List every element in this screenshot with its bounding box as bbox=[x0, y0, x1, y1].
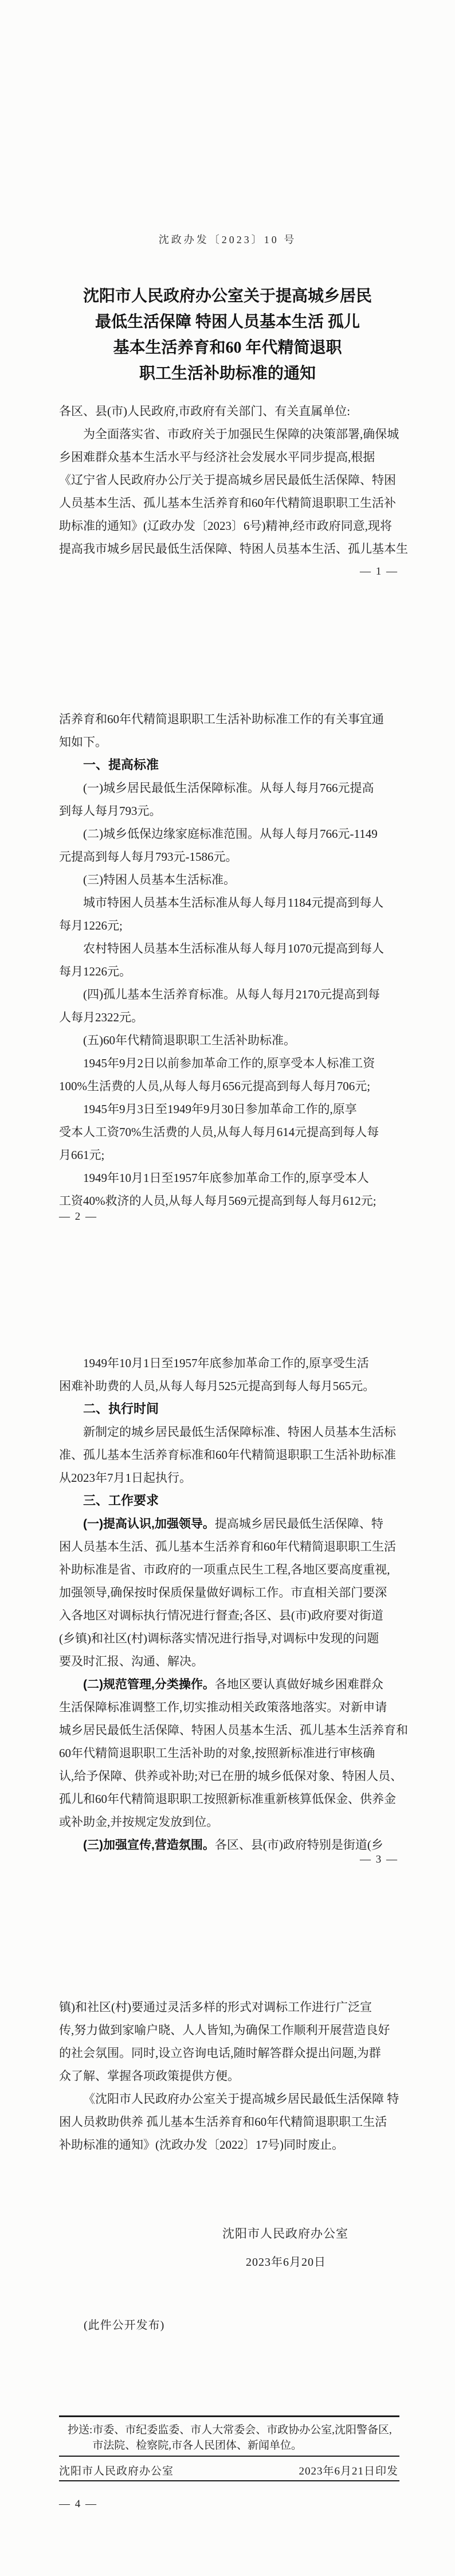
text-line: 孤儿和60年代精简退职职工按照新标准重新核算低保金、供养金 bbox=[59, 1787, 403, 1810]
text-line: 元提高到每人每月793元-1586元。 bbox=[59, 845, 403, 868]
text-line: 从2023年7月1日起执行。 bbox=[59, 1466, 403, 1489]
text-line: 传,努力做到家喻户晓、人人皆知,为确保工作顺利开展营造良好 bbox=[59, 2019, 403, 2042]
text-line: 镇)和社区(村)要通过灵活多样的形式对调标工作进行广泛宣 bbox=[59, 1996, 403, 2019]
page-4-body: 镇)和社区(村)要通过灵活多样的形式对调标工作进行广泛宣传,努力做到家喻户晓、人… bbox=[59, 1996, 403, 2156]
text-line: 补助标准的通知》(沈政办发〔2022〕17号)同时废止。 bbox=[59, 2133, 403, 2156]
text-line: 到每人每月793元。 bbox=[59, 799, 403, 822]
text-line: 《辽宁省人民政府办公厅关于提高城乡居民最低生活保障、特困 bbox=[59, 469, 403, 491]
printer-row: 沈阳市人民政府办公室 2023年6月21日印发 bbox=[59, 2461, 398, 2479]
text-line: (一)城乡居民最低生活保障标准。从每人每月766元提高 bbox=[59, 776, 403, 799]
cc-lines: 市委、市纪委监委、市人大常委会、市政协办公室,沈阳警备区,市法院、检察院,市各人… bbox=[92, 2422, 392, 2453]
doc-title: 沈阳市人民政府办公室关于提高城乡居民最低生活保障 特困人员基本生活 孤儿基本生活… bbox=[0, 283, 455, 387]
text-line: (乡镇)和社区(村)调标落实情况进行指导,对调标中发现的问题 bbox=[59, 1627, 403, 1650]
text-line: 乡困难群众基本生活水平与经济社会发展水平同步提高,根据 bbox=[59, 446, 403, 469]
text-line: 为全面落实省、市政府关于加强民生保障的决策部署,确保城 bbox=[59, 423, 403, 446]
text-line: 100%生活费的人员,从每人每月656元提高到每人每月706元; bbox=[59, 1075, 403, 1098]
text-line: 知如下。 bbox=[59, 731, 403, 754]
text-line: 城乡居民最低生活保障、特困人员基本生活、孤儿基本生活养育和 bbox=[59, 1719, 403, 1742]
text-line: 困人员救助供养 孤儿基本生活养育和60年代精简退职职工生活 bbox=[59, 2110, 403, 2133]
page-1-number: — 1 — bbox=[59, 560, 398, 583]
text-line: 1945年9月2日以前参加革命工作的,原享受本人标准工资 bbox=[59, 1052, 403, 1075]
print-date: 2023年6月21日印发 bbox=[299, 2462, 398, 2478]
text-line: 助标准的通知》(辽政办发〔2023〕6号)精神,经市政府同意,现将 bbox=[59, 514, 403, 537]
text-line: 1949年10月1日至1957年底参加革命工作的,原享受本人 bbox=[59, 1166, 403, 1189]
text-line: 新制定的城乡居民最低生活保障标准、特困人员基本生活标 bbox=[59, 1420, 403, 1443]
bold-lead-in: (二)规范管理,分类操作。 bbox=[83, 1678, 215, 1691]
text-line: 各区、县(市)人民政府,市政府有关部门、有关直属单位: bbox=[59, 400, 403, 423]
text-line: 受本人工资70%生活费的人员,从每人每月614元提高到每人每 bbox=[59, 1121, 403, 1143]
cc-line: 市法院、检察院,市各人民团体、新闻单位。 bbox=[92, 2438, 392, 2453]
text-line: 认,给予保障、供养或补助;对已在册的城乡低保对象、特困人员、 bbox=[59, 1765, 403, 1787]
text-line: 每月1226元; bbox=[59, 914, 403, 937]
text-line: 补助标准是省、市政府的一项重点民生工程,各地区要高度重视, bbox=[59, 1558, 403, 1581]
text-line: 人员基本生活、孤儿基本生活养育和60年代精简退职职工生活补 bbox=[59, 491, 403, 514]
title-line: 基本生活养育和60 年代精简退职 bbox=[0, 335, 455, 361]
title-line: 沈阳市人民政府办公室关于提高城乡居民 bbox=[0, 283, 455, 309]
text-line: 生活保障标准调整工作,切实推动相关政策落地落实。对新申请 bbox=[59, 1696, 403, 1719]
footer-rule-bottom bbox=[59, 2480, 399, 2481]
text-line: (二)城乡低保边缘家庭标准范围。从每人每月766元-1149 bbox=[59, 822, 403, 845]
text-line: 困人员基本生活、孤儿基本生活养育和60年代精简退职职工生活 bbox=[59, 1535, 403, 1558]
title-line: 职工生活补助标准的通知 bbox=[0, 361, 455, 387]
issuer-office: 沈阳市人民政府办公室 bbox=[59, 2462, 174, 2478]
bold-lead-in: (一)提高认识,加强领导。 bbox=[83, 1517, 215, 1531]
text-line: (四)孤儿基本生活养育标准。从每人每月2170元提高到每 bbox=[59, 983, 403, 1006]
text-line: 60年代精简退职职工生活补助的对象,按照新标准进行审核确 bbox=[59, 1742, 403, 1765]
page-3-number: — 3 — bbox=[59, 1848, 398, 1871]
text-line: 一、提高标准 bbox=[59, 754, 403, 776]
text-line: (一)提高认识,加强领导。提高城乡居民最低生活保障、特 bbox=[59, 1512, 403, 1535]
cc-line: 市委、市纪委监委、市人大常委会、市政协办公室,沈阳警备区, bbox=[92, 2422, 392, 2438]
page-2-number: — 2 — bbox=[59, 1205, 398, 1228]
text-line: 众了解、掌握各项政策提供方便。 bbox=[59, 2064, 403, 2087]
page-1-body: 各区、县(市)人民政府,市政府有关部门、有关直属单位:为全面落实省、市政府关于加… bbox=[59, 400, 403, 560]
text-line: 人每月2322元。 bbox=[59, 1006, 403, 1029]
text-line: (三)特困人员基本生活标准。 bbox=[59, 868, 403, 891]
doc-number: 沈政办发〔2023〕10 号 bbox=[0, 232, 455, 247]
scanned-official-document: 沈政办发〔2023〕10 号 沈阳市人民政府办公室关于提高城乡居民最低生活保障 … bbox=[0, 0, 455, 2576]
text-line: 《沈阳市人民政府办公室关于提高城乡居民最低生活保障 特 bbox=[59, 2087, 403, 2110]
text-line: (二)规范管理,分类操作。各地区要认真做好城乡困难群众 bbox=[59, 1673, 403, 1696]
text-line: 城市特困人员基本生活标准从每人每月1184元提高到每人 bbox=[59, 891, 403, 914]
text-line: 准、孤儿基本生活养育标准和60年代精简退职职工生活补助标准 bbox=[59, 1443, 403, 1466]
title-line: 最低生活保障 特困人员基本生活 孤儿 bbox=[0, 309, 455, 335]
signature-office: 沈阳市人民政府办公室 bbox=[222, 2222, 348, 2245]
text-line: 加强领导,确保按时保质保量做好调标工作。市直相关部门要深 bbox=[59, 1581, 403, 1604]
cc-block: 抄送: 市委、市纪委监委、市人大常委会、市政协办公室,沈阳警备区,市法院、检察院… bbox=[68, 2422, 400, 2453]
text-line: (五)60年代精简退职职工生活补助标准。 bbox=[59, 1029, 403, 1052]
page-2-body: 活养育和60年代精简退职职工生活补助标准工作的有关事宜通知如下。一、提高标准(一… bbox=[59, 708, 403, 1212]
text-line: 1949年10月1日至1957年底参加革命工作的,原享受生活 bbox=[59, 1352, 403, 1375]
text-line: 活养育和60年代精简退职职工生活补助标准工作的有关事宜通 bbox=[59, 708, 403, 731]
footer-rule-middle bbox=[59, 2456, 399, 2457]
text-line: 要及时汇报、沟通、解决。 bbox=[59, 1650, 403, 1673]
text-line: 二、执行时间 bbox=[59, 1398, 403, 1420]
text-line: 困难补助费的人员,从每人每月525元提高到每人每月565元。 bbox=[59, 1375, 403, 1398]
text-line: 三、工作要求 bbox=[59, 1489, 403, 1512]
text-line: 农村特困人员基本生活标准从每人每月1070元提高到每人 bbox=[59, 937, 403, 960]
text-line: 或补助金,并按规定发放到位。 bbox=[59, 1810, 403, 1833]
page-4-number: — 4 — bbox=[59, 2493, 398, 2516]
footer-rule-top bbox=[59, 2415, 399, 2417]
public-release-note: (此件公开发布) bbox=[84, 2314, 164, 2337]
page-3-body: 1949年10月1日至1957年底参加革命工作的,原享受生活困难补助费的人员,从… bbox=[59, 1352, 403, 1856]
text-line: 1945年9月3日至1949年9月30日参加革命工作的,原享 bbox=[59, 1098, 403, 1121]
signature-date: 2023年6月20日 bbox=[246, 2251, 326, 2274]
cc-label: 抄送: bbox=[68, 2422, 92, 2453]
text-line: 的社会氛围。同时,设立咨询电话,随时解答群众提出问题,为群 bbox=[59, 2042, 403, 2064]
text-line: 入各地区对调标执行情况进行督查;各区、县(市)政府要对街道 bbox=[59, 1604, 403, 1627]
text-line: 提高我市城乡居民最低生活保障、特困人员基本生活、孤儿基本生 bbox=[59, 537, 403, 560]
text-line: 月661元; bbox=[59, 1143, 403, 1166]
text-line: 每月1226元。 bbox=[59, 960, 403, 983]
